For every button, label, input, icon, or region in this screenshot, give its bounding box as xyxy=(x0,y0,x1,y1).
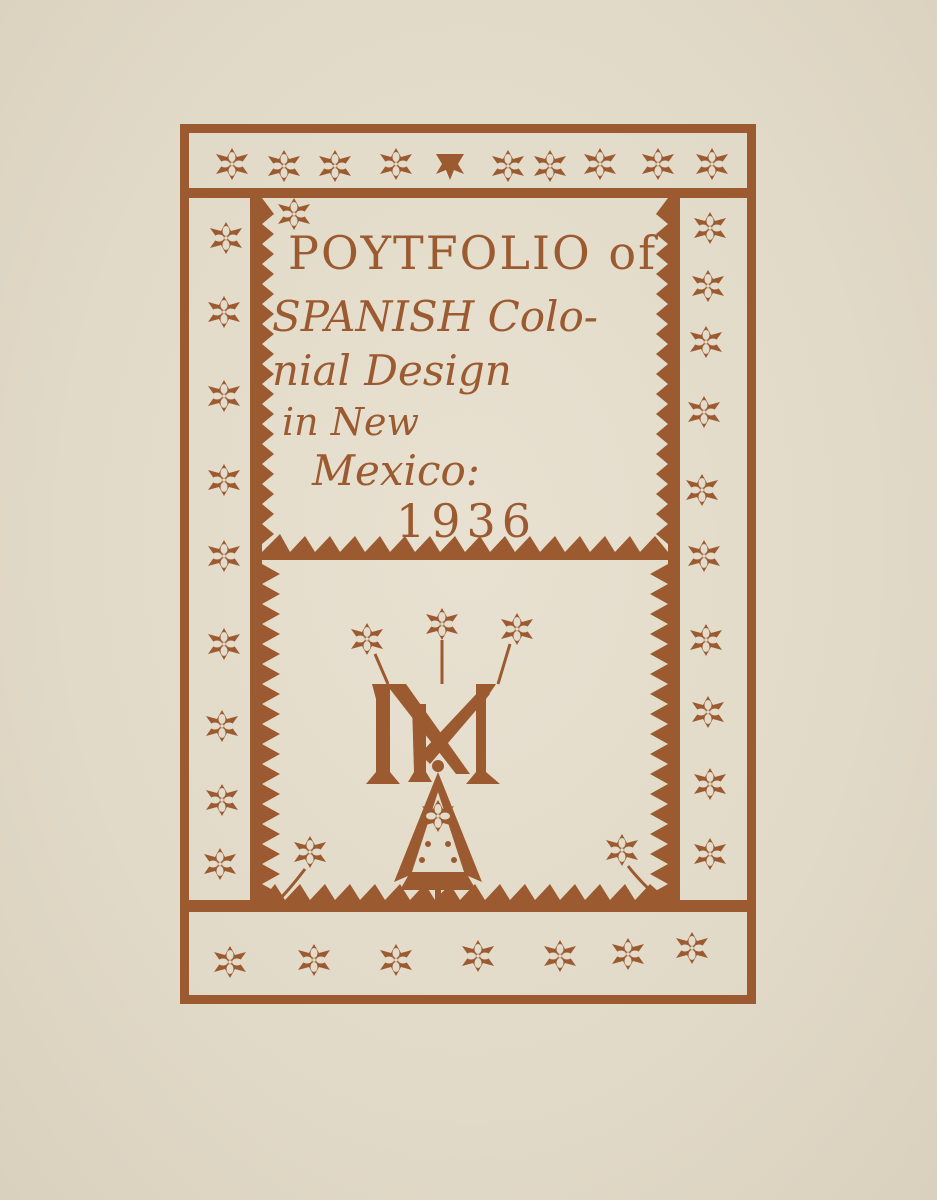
monogram xyxy=(275,608,660,904)
title-line-6: 1936 xyxy=(396,494,537,548)
title-line-3: nial Design xyxy=(272,346,512,395)
right-border-flowers xyxy=(686,212,726,870)
top-border-flowers xyxy=(216,148,728,182)
title-line-2: SPANISH Colo- xyxy=(272,292,598,341)
bottom-border-flowers xyxy=(214,932,708,978)
title-line-1: POYTFOLIO of xyxy=(288,226,657,280)
title-line-4: in New xyxy=(282,400,419,444)
left-border-flowers xyxy=(204,222,242,880)
title-line-5: Mexico: xyxy=(312,446,480,495)
